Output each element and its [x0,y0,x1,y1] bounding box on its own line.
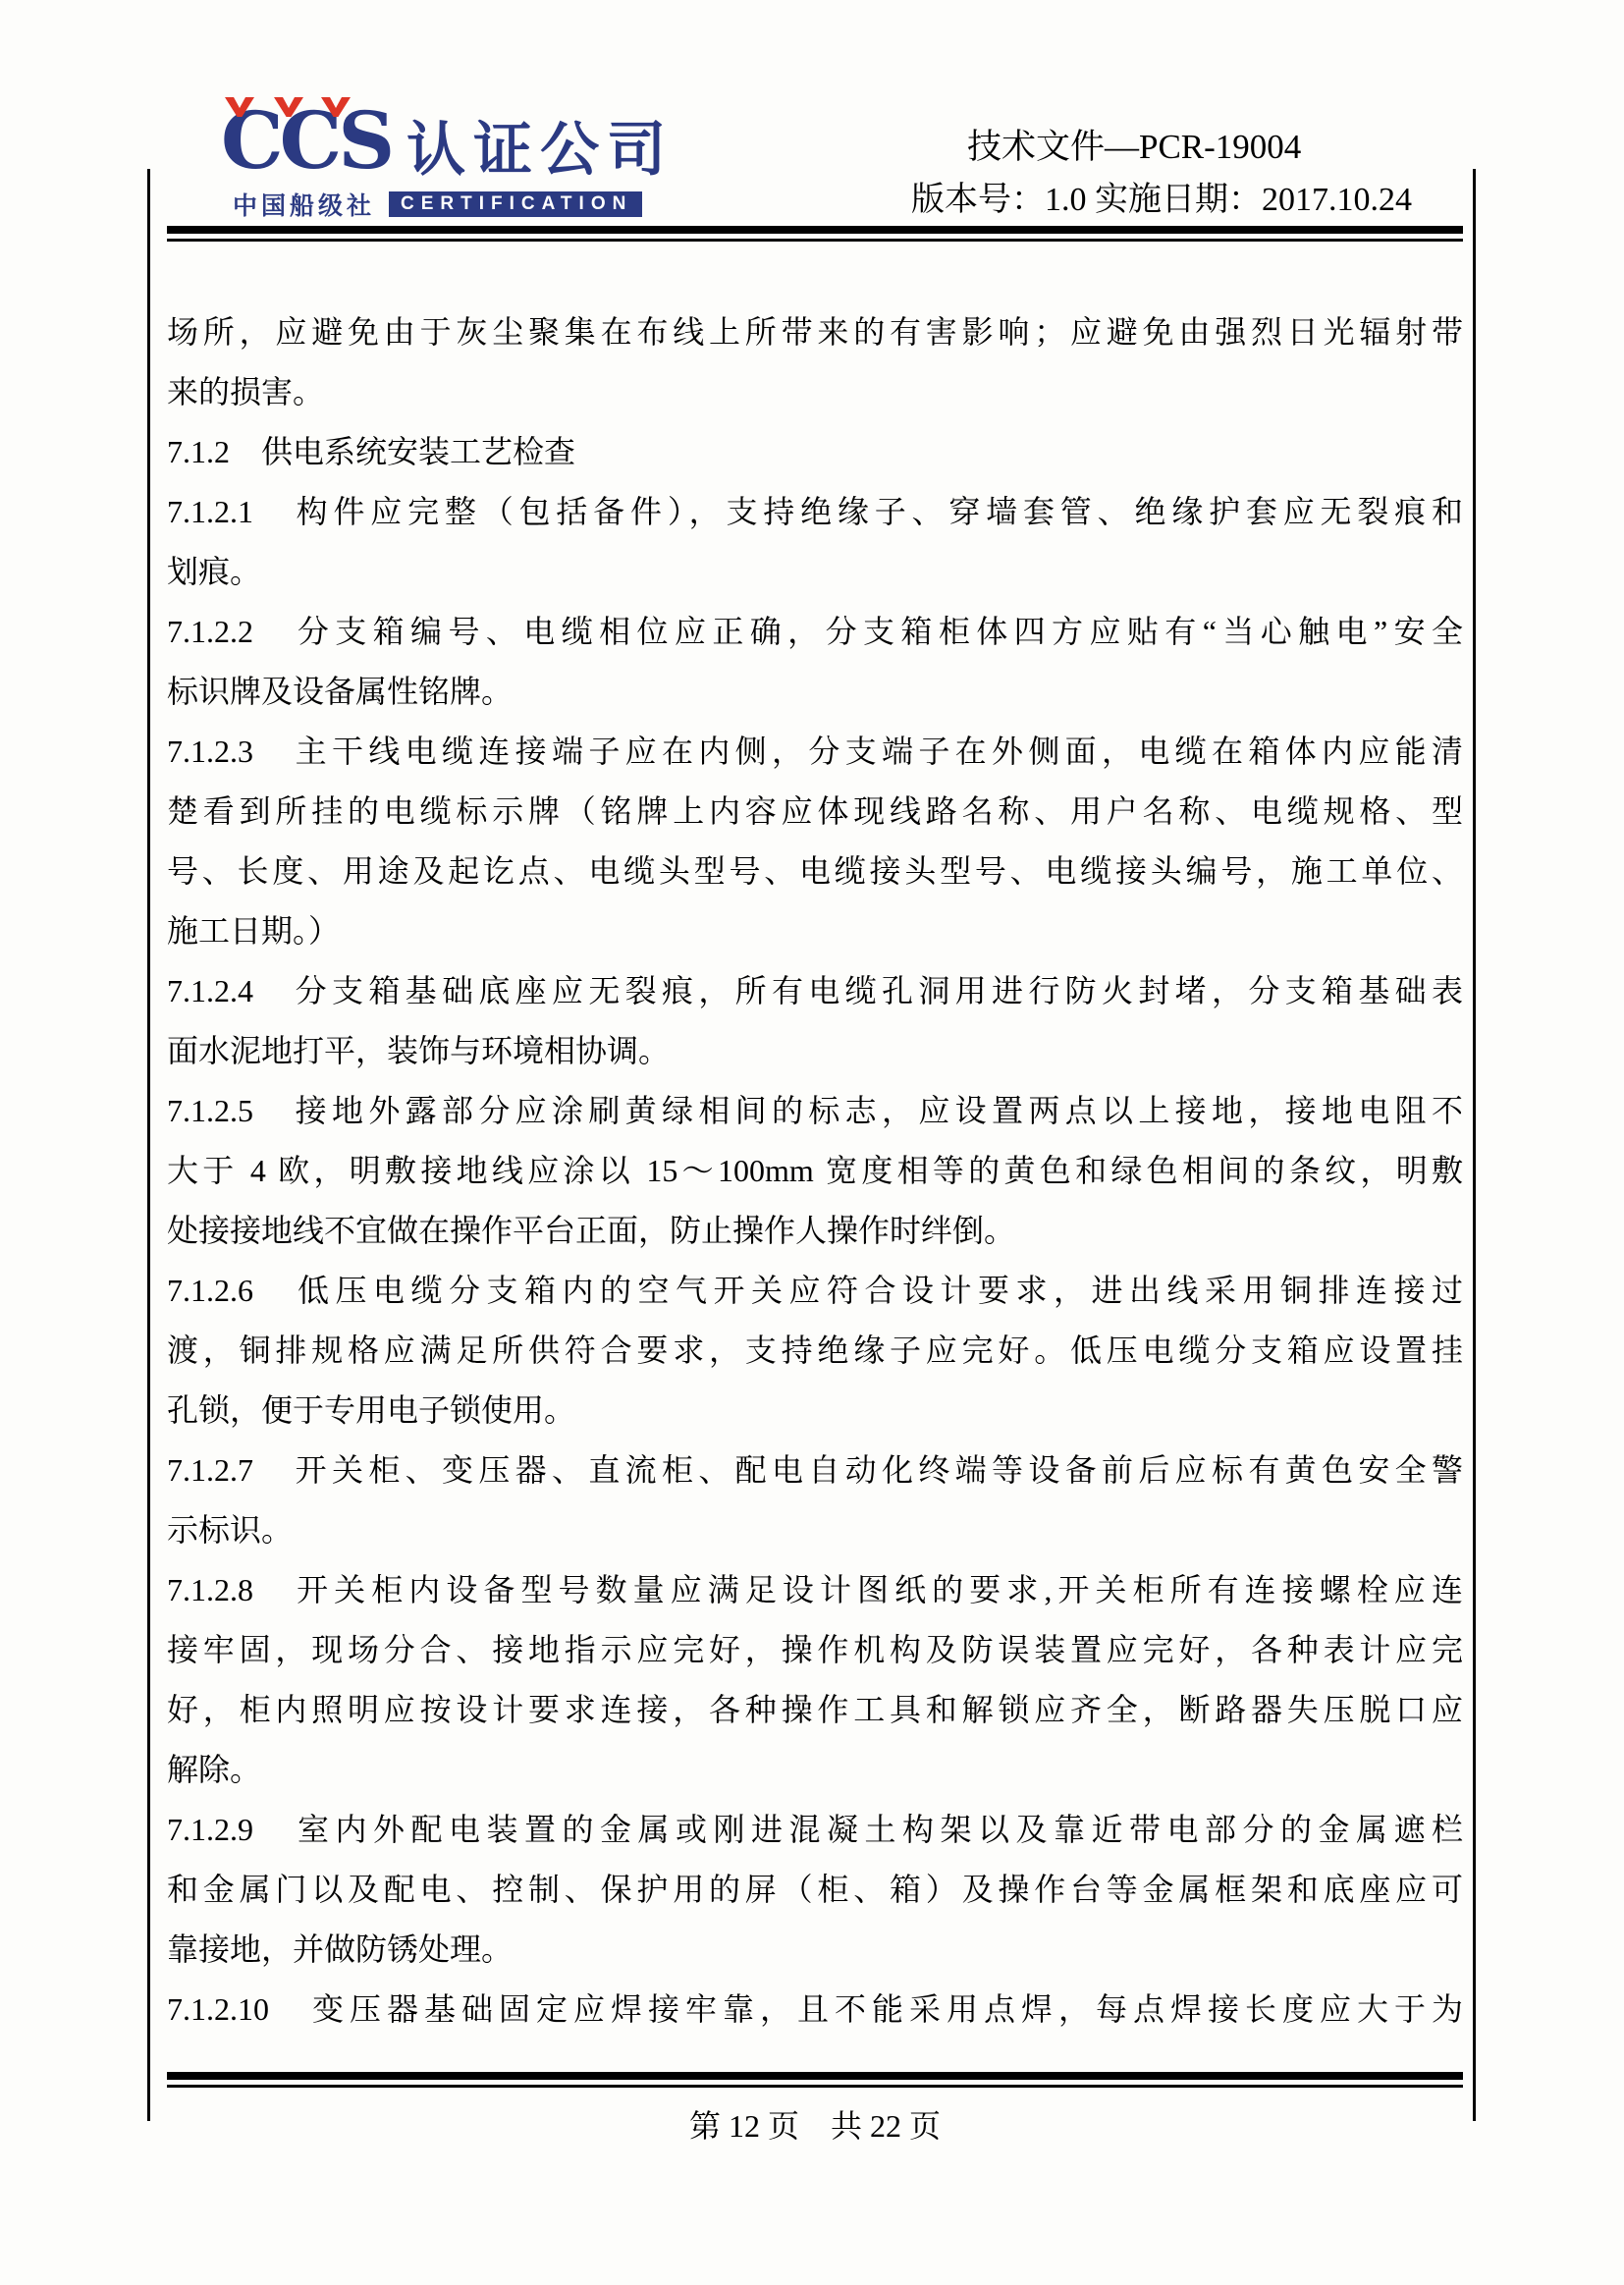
text-line: 和金属门以及配电、控制、保护用的屏（柜、箱）及操作台等金属框架和底座应可 [167,1860,1463,1920]
ccs-logo: CCS 认证公司 中国船级社 CERTIFICATION [221,101,674,222]
text-line: 7.1.2.6 低压电缆分支箱内的空气开关应符合设计要求，进出线采用铜排连接过 [167,1261,1463,1321]
document-title: 技术文件—PCR-19004 [967,128,1301,167]
page-border-left [147,169,150,2121]
document-body: 场所，应避免由于灰尘聚集在布线上所带来的有害影响；应避免由强烈日光辐射带来的损害… [167,302,1463,2040]
version-and-date: 版本号：1.0 实施日期：2017.10.24 [911,181,1412,220]
text-line: 7.1.2.1 构件应完整（包括备件），支持绝缘子、穿墙套管、绝缘护套应无裂痕和 [167,482,1463,542]
header-rule-thin [167,239,1463,242]
footer-rule-thin [167,2085,1463,2088]
logo-chinese-name: 中国船级社 [233,187,375,222]
header-rule-thick [167,226,1463,234]
footer-rule-thick [167,2072,1463,2080]
text-line: 7.1.2.8 开关柜内设备型号数量应满足设计图纸的要求,开关柜所有连接螺栓应连 [167,1560,1463,1620]
text-line: 大于 4 欧，明敷接地线应涂以 15～100mm 宽度相等的黄色和绿色相间的条纹… [167,1141,1463,1201]
text-line: 解除。 [167,1740,1463,1800]
text-line: 施工日期。） [167,901,1463,961]
text-line: 7.1.2.5 接地外露部分应涂刷黄绿相间的标志，应设置两点以上接地，接地电阻不 [167,1081,1463,1141]
text-line: 标识牌及设备属性铭牌。 [167,662,1463,722]
logo-row-top: CCS 认证公司 [221,101,674,180]
text-line: 7.1.2.7 开关柜、变压器、直流柜、配电自动化终端等设备前后应标有黄色安全警 [167,1441,1463,1500]
text-line: 7.1.2.3 主干线电缆连接端子应在内侧，分支端子在外侧面，电缆在箱体内应能清 [167,722,1463,782]
ccs-logo-mark: CCS [221,101,391,180]
text-line: 场所，应避免由于灰尘聚集在布线上所带来的有害影响；应避免由强烈日光辐射带 [167,302,1463,362]
text-line: 楚看到所挂的电缆标示牌（铭牌上内容应体现线路名称、用户名称、电缆规格、型 [167,782,1463,842]
document-page: CCS 认证公司 中国船级社 CERTIFICATION 技术文件—PCR-19… [0,0,1624,2285]
text-line: 面水泥地打平，装饰与环境相协调。 [167,1021,1463,1081]
text-line: 示标识。 [167,1500,1463,1560]
text-line: 靠接地，并做防锈处理。 [167,1920,1463,1980]
text-line: 来的损害。 [167,362,1463,422]
text-line: 7.1.2.4 分支箱基础底座应无裂痕，所有电缆孔洞用进行防火封堵，分支箱基础表 [167,961,1463,1021]
text-line: 接牢固，现场分合、接地指示应完好，操作机构及防误装置应完好，各种表计应完 [167,1620,1463,1680]
page-border-right [1473,169,1476,2121]
page-number: 第 12 页 共 22 页 [167,2101,1463,2150]
text-line: 7.1.2.2 分支箱编号、电缆相位应正确，分支箱柜体四方应贴有“当心触电”安全 [167,602,1463,662]
text-line: 号、长度、用途及起讫点、电缆头型号、电缆接头型号、电缆接头编号，施工单位、 [167,842,1463,901]
text-line: 7.1.2.10 变压器基础固定应焊接牢靠，且不能采用点焊，每点焊接长度应大于为 [167,1980,1463,2040]
text-line: 好，柜内照明应按设计要求连接，各种操作工具和解锁应齐全，断路器失压脱口应 [167,1680,1463,1740]
text-line: 渡，铜排规格应满足所供符合要求，支持绝缘子应完好。低压电缆分支箱应设置挂 [167,1321,1463,1381]
logo-company-name: 认证公司 [406,121,674,180]
text-line: 7.1.2.9 室内外配电装置的金属或刚进混凝土构架以及靠近带电部分的金属遮栏 [167,1800,1463,1860]
text-line: 孔锁，便于专用电子锁使用。 [167,1381,1463,1441]
logo-certification-badge: CERTIFICATION [389,191,642,217]
text-line: 划痕。 [167,542,1463,602]
logo-row-bottom: 中国船级社 CERTIFICATION [221,187,674,222]
text-line: 处接接地线不宜做在操作平台正面，防止操作人操作时绊倒。 [167,1201,1463,1261]
text-line: 7.1.2 供电系统安装工艺检查 [167,422,1463,482]
